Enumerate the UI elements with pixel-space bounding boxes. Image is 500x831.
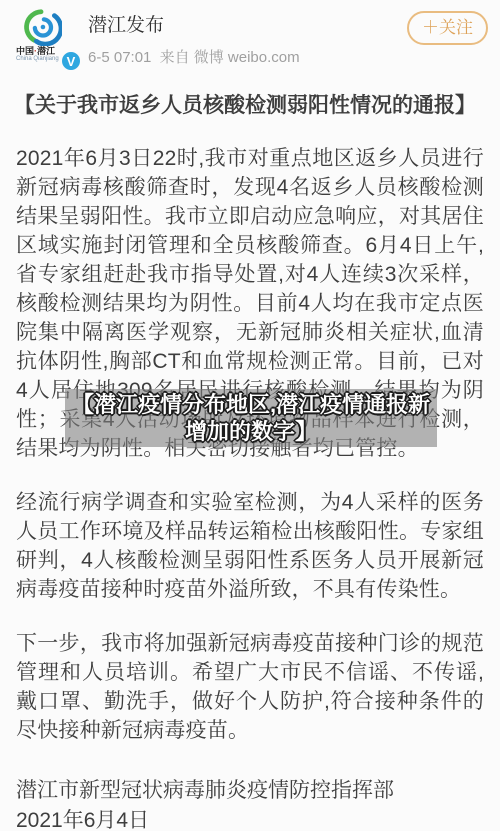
source-label: 来自 微博 weibo.com: [160, 49, 300, 66]
post-paragraph-2: 经流行病学调查和实验室检测，为4人采样的医务人员工作环境及样品转运箱检出核酸阳性…: [16, 488, 484, 604]
timestamp: 6-5 07:01: [88, 49, 151, 66]
watermark-overlay: 【潜江疫情分布地区,潜江疫情通报新 增加的数字】: [65, 389, 437, 447]
follow-button[interactable]: ＋关注: [407, 11, 488, 45]
post-header: 中国·潜江 China Qianjiang V 潜江发布 6-5 07:01 来…: [0, 0, 500, 76]
verified-badge-icon: V: [60, 50, 82, 72]
post-footer: 潜江市新型冠状病毒肺炎疫情防控指挥部 2021年6月4日: [16, 776, 484, 831]
watermark-text: 【潜江疫情分布地区,潜江疫情通报新 增加的数字】: [72, 391, 430, 445]
qianjiang-logo-icon: [22, 8, 62, 46]
signature: 潜江市新型冠状病毒肺炎疫情防控指挥部: [16, 776, 484, 806]
avatar[interactable]: 中国·潜江 China Qianjiang V: [16, 8, 80, 74]
post-title: 【关于我市返乡人员核酸检测弱阳性情况的通报】: [14, 89, 486, 119]
post-date: 2021年6月4日: [16, 806, 484, 831]
post-card: 中国·潜江 China Qianjiang V 潜江发布 6-5 07:01 来…: [0, 0, 500, 831]
post-paragraph-3: 下一步，我市将加强新冠病毒疫苗接种门诊的规范管理和人员培训。希望广大市民不信谣、…: [16, 629, 484, 745]
post-meta: 6-5 07:01 来自 微博 weibo.com: [88, 46, 484, 67]
